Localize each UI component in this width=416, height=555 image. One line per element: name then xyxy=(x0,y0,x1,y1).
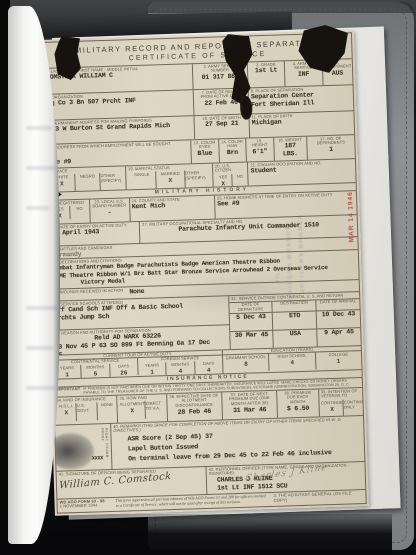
next-premium-label: 37. DATE OF NEXT PREMIUM DUE (One month … xyxy=(224,392,275,407)
field-dependents-value: 1 xyxy=(309,145,352,154)
field-hair: 14. COLOR HAIR Brn xyxy=(219,138,247,162)
field-height: 15. HEIGHT 6'1" xyxy=(246,138,274,162)
field-height-label: 15. HEIGHT xyxy=(248,139,271,149)
field-birth-place-value: Michigan xyxy=(252,117,352,128)
next-premium-value: 31 Mar 46 xyxy=(224,405,275,414)
foreign-service: FOREIGN SERVICE YEARS1 MONTHS4 DAYS4 xyxy=(138,356,222,376)
showthrough-line xyxy=(26,306,58,310)
footer-form-date: 1 November 1944 xyxy=(60,503,112,509)
marital-other-label: OTHER (specify) xyxy=(185,171,213,181)
field-grade-value: 1st Lt xyxy=(250,67,283,76)
field-separation-place-value2: Fort Sheridan Ill xyxy=(251,98,351,109)
race-white-mark: X xyxy=(60,180,64,187)
intention-continue-only-label: CONTINUE ONLY xyxy=(344,400,363,410)
overseas-r1-arrival: 10 Dec 43 xyxy=(317,310,360,328)
overseas-header-arrival: DATE OF ARRIVAL xyxy=(317,300,360,311)
bottom-gutter-shadow xyxy=(0,514,392,555)
citizen-no-label: NO xyxy=(237,175,243,180)
showthrough-line xyxy=(26,126,52,130)
race-other-label: OTHER (specify) xyxy=(101,174,126,184)
field-weight-value: 187 LBS. xyxy=(276,142,305,158)
paid-direct-label: DIRECT TO V.A. xyxy=(145,402,166,412)
field-mailing-address: 9. PERMANENT ADDRESS FOR MAILING PURPOSE… xyxy=(46,116,196,144)
field-wounds-label: 30. WOUNDS RECEIVED IN ACTION xyxy=(53,288,124,299)
photo-of-military-record-in-binder: { "stamps":{"red":"MAR 14 1946","purple1… xyxy=(0,0,416,555)
registered-no-label: NO xyxy=(76,207,82,212)
field-birth-date: 10. DATE OF BIRTH 27 Sep 21 xyxy=(195,114,251,139)
kind-usgovt-label: U.S. GOVT. xyxy=(77,404,97,414)
field-personnel-officer: 42. PERSONNEL OFFICER (Type name, grade … xyxy=(206,462,365,494)
cont-years-value: 1 xyxy=(65,371,69,378)
for-years-value: 1 xyxy=(150,368,154,375)
field-separation-place: 8. PLACE OF SEPARATION Separation Center… xyxy=(249,85,354,113)
field-eyes-value: Blue xyxy=(194,150,217,159)
thumb-print-xxxx: XXXX xyxy=(92,455,103,461)
field-occupation-value: Student xyxy=(251,165,354,176)
kind-nsli-mark: X xyxy=(65,409,69,416)
field-premium-amount: 38. PREMIUM DUE EACH MONTH $ 6.50 xyxy=(277,389,319,417)
field-citizen-label: 20. U.S. CITIZEN xyxy=(215,163,248,173)
veteran-intention-label: 39. INTENTION OF VETERAN TO xyxy=(321,389,363,399)
overseas-r1-departure: 5 Dec 43 xyxy=(229,312,273,330)
field-board-number-value: - xyxy=(92,208,127,217)
overseas-r2-departure: 30 Mar 45 xyxy=(230,331,274,349)
field-organization: 6. ORGANIZATION Hq Co 3 Bn 507 Prcht INF xyxy=(45,90,195,120)
cont-days-value: 26 xyxy=(120,369,127,376)
premium-amount-label: 38. PREMIUM DUE EACH MONTH xyxy=(279,390,316,405)
showthrough-line xyxy=(26,346,54,350)
field-birth-date-value: 27 Sep 21 xyxy=(197,120,247,129)
field-marital: 19. MARITAL STATUS SINGLE MARRIEDX OTHER… xyxy=(126,163,214,189)
purple-file-stamp-3: FILE xyxy=(275,266,282,283)
field-wounds-value: None xyxy=(129,288,144,297)
thumb-print-box: RIGHT THUMB PRINT XXXX xyxy=(55,424,112,471)
field-officer-signature: 41. SIGNATURE OF OFFICER BEING SEPARATED… xyxy=(57,467,208,499)
kind-none-label: NONE xyxy=(101,403,113,408)
field-eyes: 13. COLOR EYES Blue xyxy=(191,139,219,163)
field-weight: 16. WEIGHT 187 LBS. xyxy=(274,137,308,161)
premium-amount-value: $ 6.50 xyxy=(280,404,317,413)
important-label: IMPORTANT xyxy=(56,387,81,396)
showthrough-line xyxy=(26,166,56,170)
field-county-state: 24. COUNTY AND STATE Kent Mich xyxy=(130,195,216,221)
field-home-address: 25. HOME ADDRESS AT TIME OF ENTRY ON ACT… xyxy=(215,191,357,218)
field-county-state-value: Kent Mich xyxy=(132,201,213,211)
intention-continue-mark: X xyxy=(330,406,334,413)
separation-document: MILITARY RECORD AND REPORT OF SEPARATION… xyxy=(40,30,369,516)
field-entry-date-value: 22 April 1943 xyxy=(51,227,138,238)
allotment-discontinuance-value: 28 Feb 46 xyxy=(169,407,220,416)
field-how-paid: 35. HOW PAID ALLOTMENTX DIRECT TO V.A. xyxy=(117,394,167,423)
cont-months-value: 5 xyxy=(94,370,98,377)
field-height-value: 6'1" xyxy=(249,148,272,157)
citizen-yes-mark: X xyxy=(221,180,225,187)
field-veteran-intention: 39. INTENTION OF VETERAN TO CONTINUEX CO… xyxy=(319,388,363,416)
for-months-value: 4 xyxy=(179,367,183,374)
field-citizen: 20. U.S. CITIZEN YESX NO xyxy=(213,162,249,186)
showthrough-line xyxy=(26,386,56,390)
for-days-value: 4 xyxy=(207,366,211,373)
continental-service: CONTINENTAL SERVICE YEARS1 MONTHS5 DAYS2… xyxy=(53,359,138,379)
edu-grammar-value: 8 xyxy=(244,361,248,368)
field-birth-place: 11. PLACE OF BIRTH Michigan xyxy=(249,111,354,137)
field-board-number: 23. LOCAL S.S. BOARD NUMBER - xyxy=(90,198,130,222)
marital-single-label: SINGLE xyxy=(134,173,149,178)
field-hair-value: Brn xyxy=(221,149,244,158)
field-dependents: 17. NO. OF DEPENDENTS 1 xyxy=(307,135,355,159)
thumb-print-smudge xyxy=(55,432,94,469)
race-negro-label: NEGRO xyxy=(80,175,95,180)
field-employment-address: 12. ADDRESS FROM WHICH EMPLOYMENT WILL B… xyxy=(46,140,192,168)
field-insurance-kind: 34. KIND OF INSURANCE N.S.L.I.X U.S. GOV… xyxy=(54,396,118,425)
field-arm-value: INF xyxy=(287,70,320,79)
allotment-discontinuance-label: 36. EFFECTIVE DATE OF ALLOTMENT DISCONTI… xyxy=(169,393,220,408)
edu-high-value: 4 xyxy=(290,359,294,366)
overseas-r2-destination: USA xyxy=(274,329,318,347)
marital-married-mark: X xyxy=(168,177,172,184)
education: EDUCATION (Years) GRAMMAR SCHOOL8 HIGH S… xyxy=(223,346,362,373)
field-grade: 3. GRADE 1st Lt xyxy=(248,61,286,87)
overseas-r2-arrival: 9 Apr 45 xyxy=(317,328,360,346)
overseas-r1-destination: ETO xyxy=(273,311,317,329)
showthrough-line xyxy=(26,206,50,210)
field-occupation: 21. CIVILIAN OCCUPATION AND NO. Student xyxy=(248,159,355,185)
thumb-print-label: RIGHT THUMB PRINT xyxy=(100,428,109,469)
edu-college-value: 1 xyxy=(337,358,341,365)
paid-allotment-mark: X xyxy=(130,407,134,414)
field-allotment-discontinuance: 36. EFFECTIVE DATE OF ALLOTMENT DISCONTI… xyxy=(167,392,223,421)
field-next-premium: 37. DATE OF NEXT PREMIUM DUE (One month … xyxy=(222,391,278,420)
field-entry-date: 26. DATE OF ENTRY ON ACTIVE DUTY 22 Apri… xyxy=(49,222,141,246)
footer-adjutant-general: 3. THE ADJUTANT GENERAL (OS File Copy) xyxy=(271,490,366,513)
footer-form-number: WD AGO FORM 53 - 98 1 November 1944 xyxy=(57,498,114,520)
form-border: MILITARY RECORD AND REPORT OF SEPARATION… xyxy=(42,32,367,514)
field-remarks: 40. REMARKS (This space for completion o… xyxy=(111,416,364,469)
